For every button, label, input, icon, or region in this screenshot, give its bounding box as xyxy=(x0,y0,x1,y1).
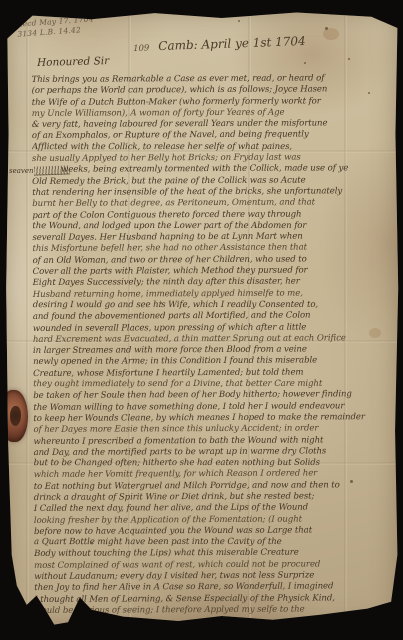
manuscript-line: hard Excrement was Evacuated, a thin mat… xyxy=(33,333,395,346)
manuscript-line: Afflicted with the Collick, to release h… xyxy=(32,142,394,154)
ink-speck xyxy=(238,20,240,22)
ink-speck xyxy=(368,92,370,94)
ink-speck xyxy=(304,62,306,64)
folio-number: 109 xyxy=(133,43,150,54)
fold-crease xyxy=(26,10,29,629)
rust-stain xyxy=(323,28,339,40)
letter-body: This brings you as Remarkable a Case as … xyxy=(32,73,397,617)
rust-stain xyxy=(369,328,381,338)
manuscript-line: the Wound, and lodged upon the Lower par… xyxy=(32,221,394,233)
ink-speck xyxy=(91,542,93,544)
ink-speck xyxy=(348,58,350,60)
salutation: Honoured Sir xyxy=(37,55,109,69)
ink-speck xyxy=(160,302,162,304)
wax-seal-remnant xyxy=(2,390,28,442)
dateline-text: Camb: April ye 1st 1704 xyxy=(158,34,306,53)
manuscript-line: to keep her Wounds Cleane, by which mean… xyxy=(33,412,395,425)
manuscript-line: they ought immediately to send for a Div… xyxy=(33,379,395,391)
manuscript-line: desiring I would go and see his Wife, wh… xyxy=(33,300,395,312)
letter-page: Recd May 17. 1704 3134 L.B. 14.42 109Cam… xyxy=(5,10,399,629)
ink-speck xyxy=(350,480,353,483)
dateline: 109Camb: April ye 1st 1704 xyxy=(133,34,306,54)
manuscript-line: weeks, being extreamly tormented with th… xyxy=(32,163,394,176)
manuscript-line: part of the Colon Contiguous thereto for… xyxy=(32,209,394,222)
manuscript-line: but to be Changed often; hitherto she ha… xyxy=(34,458,396,470)
photograph-background: Recd May 17. 1704 3134 L.B. 14.42 109Cam… xyxy=(0,0,403,640)
manuscript-line: that rendering her insensible of the hea… xyxy=(32,186,394,199)
margin-note: seaven xyxy=(9,167,34,175)
manuscript-line: of an Exomphalos, or Rupture of the Nave… xyxy=(32,130,394,143)
archival-note: Recd May 17. 1704 3134 L.B. 14.42 xyxy=(16,14,94,38)
manuscript-line: would be Curious of seeing; I therefore … xyxy=(34,604,396,617)
manuscript-line: a Quart Bottle might have been past into… xyxy=(34,537,396,549)
